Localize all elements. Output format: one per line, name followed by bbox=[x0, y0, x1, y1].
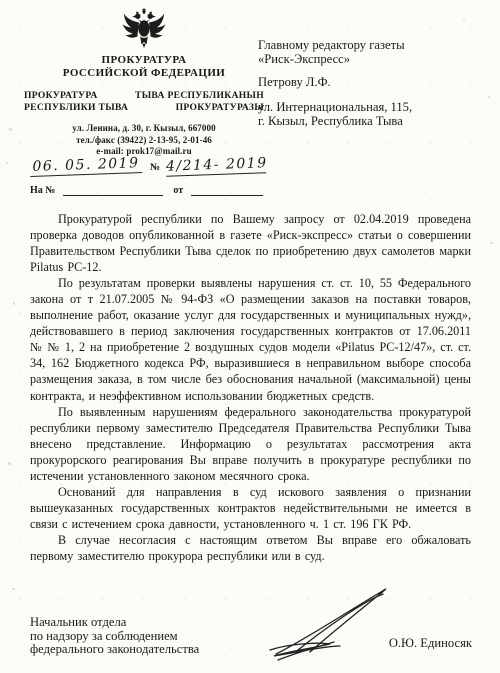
address-street: ул. Ленина, д. 30, г. Кызыл, 667000 bbox=[24, 123, 264, 135]
paragraph-representation: По выявленным нарушениям федерального за… bbox=[30, 404, 471, 484]
paragraph-inspection: Прокуратурой республики по Вашему запрос… bbox=[30, 211, 471, 275]
na-number-label: На № bbox=[30, 185, 55, 196]
org-name-federal-line1: ПРОКУРАТУРА bbox=[24, 54, 264, 67]
recipient-block: Главному редактору газеты «Риск-Экспресс… bbox=[258, 38, 478, 128]
scan-speck bbox=[9, 128, 12, 131]
na-number-blank bbox=[63, 183, 163, 196]
reference-reply-row: На № от bbox=[30, 183, 270, 196]
scan-speck bbox=[463, 20, 465, 22]
reference-date-row: 06. 05. 2019 № 4/214- 2019 bbox=[30, 157, 270, 175]
scan-speck bbox=[13, 302, 15, 305]
scan-speck bbox=[8, 462, 11, 465]
handwritten-outgoing-number: 4/214- 2019 bbox=[166, 155, 267, 176]
handwritten-date: 06. 05. 2019 bbox=[30, 155, 143, 177]
recipient-title-line2: «Риск-Экспресс» bbox=[258, 52, 478, 66]
paragraph-no-grounds: Оснований для направления в суд искового… bbox=[30, 484, 471, 532]
scan-speck bbox=[488, 96, 490, 98]
org-name-federal-line2: РОССИЙСКОЙ ФЕДЕРАЦИИ bbox=[24, 67, 264, 80]
signer-name: О.Ю. Единосяк bbox=[389, 636, 472, 651]
paragraph-appeal: В случае несогласия с настоящим ответом … bbox=[30, 532, 471, 564]
org-bilingual-names: ПРОКУРАТУРА РЕСПУБЛИКИ ТЫВА ТЫВА РЕСПУБЛ… bbox=[24, 90, 264, 114]
letter-body: Прокуратурой республики по Вашему запрос… bbox=[30, 211, 471, 564]
org-address: ул. Ленина, д. 30, г. Кызыл, 667000 тел.… bbox=[24, 123, 264, 158]
scan-speck bbox=[6, 162, 8, 164]
org-name-russian: ПРОКУРАТУРА РЕСПУБЛИКИ ТЫВА bbox=[24, 90, 128, 114]
address-phone: тел./факс (39422) 2-13-95, 2-01-46 bbox=[24, 135, 264, 147]
scan-speck bbox=[12, 588, 15, 590]
recipient-address-line2: г. Кызыл, Республика Тыва bbox=[258, 114, 478, 128]
paragraph-violations: По результатам проверки выявлены нарушен… bbox=[30, 275, 471, 403]
letterhead: ПРОКУРАТУРА РОССИЙСКОЙ ФЕДЕРАЦИИ ПРОКУРА… bbox=[24, 8, 264, 158]
ot-label: от bbox=[173, 185, 183, 196]
recipient-title-line1: Главному редактору газеты bbox=[258, 38, 478, 52]
scan-speck bbox=[490, 242, 493, 244]
org-name-tuvan: ТЫВА РЕСПУБЛИКАНЫН ПРОКУРАТУРАЗЫ bbox=[135, 90, 264, 114]
signature-scribble bbox=[268, 586, 428, 664]
russian-coat-of-arms-icon bbox=[122, 8, 166, 50]
recipient-address-line1: ул. Интернациональная, 115, bbox=[258, 100, 478, 114]
ot-date-blank bbox=[191, 183, 263, 196]
signer-position: Начальник отдела по надзору за соблюдени… bbox=[30, 616, 199, 657]
recipient-name: Петрову Л.Ф. bbox=[258, 75, 478, 89]
number-sign-label: № bbox=[150, 162, 160, 173]
letter-page: ПРОКУРАТУРА РОССИЙСКОЙ ФЕДЕРАЦИИ ПРОКУРА… bbox=[0, 0, 500, 673]
